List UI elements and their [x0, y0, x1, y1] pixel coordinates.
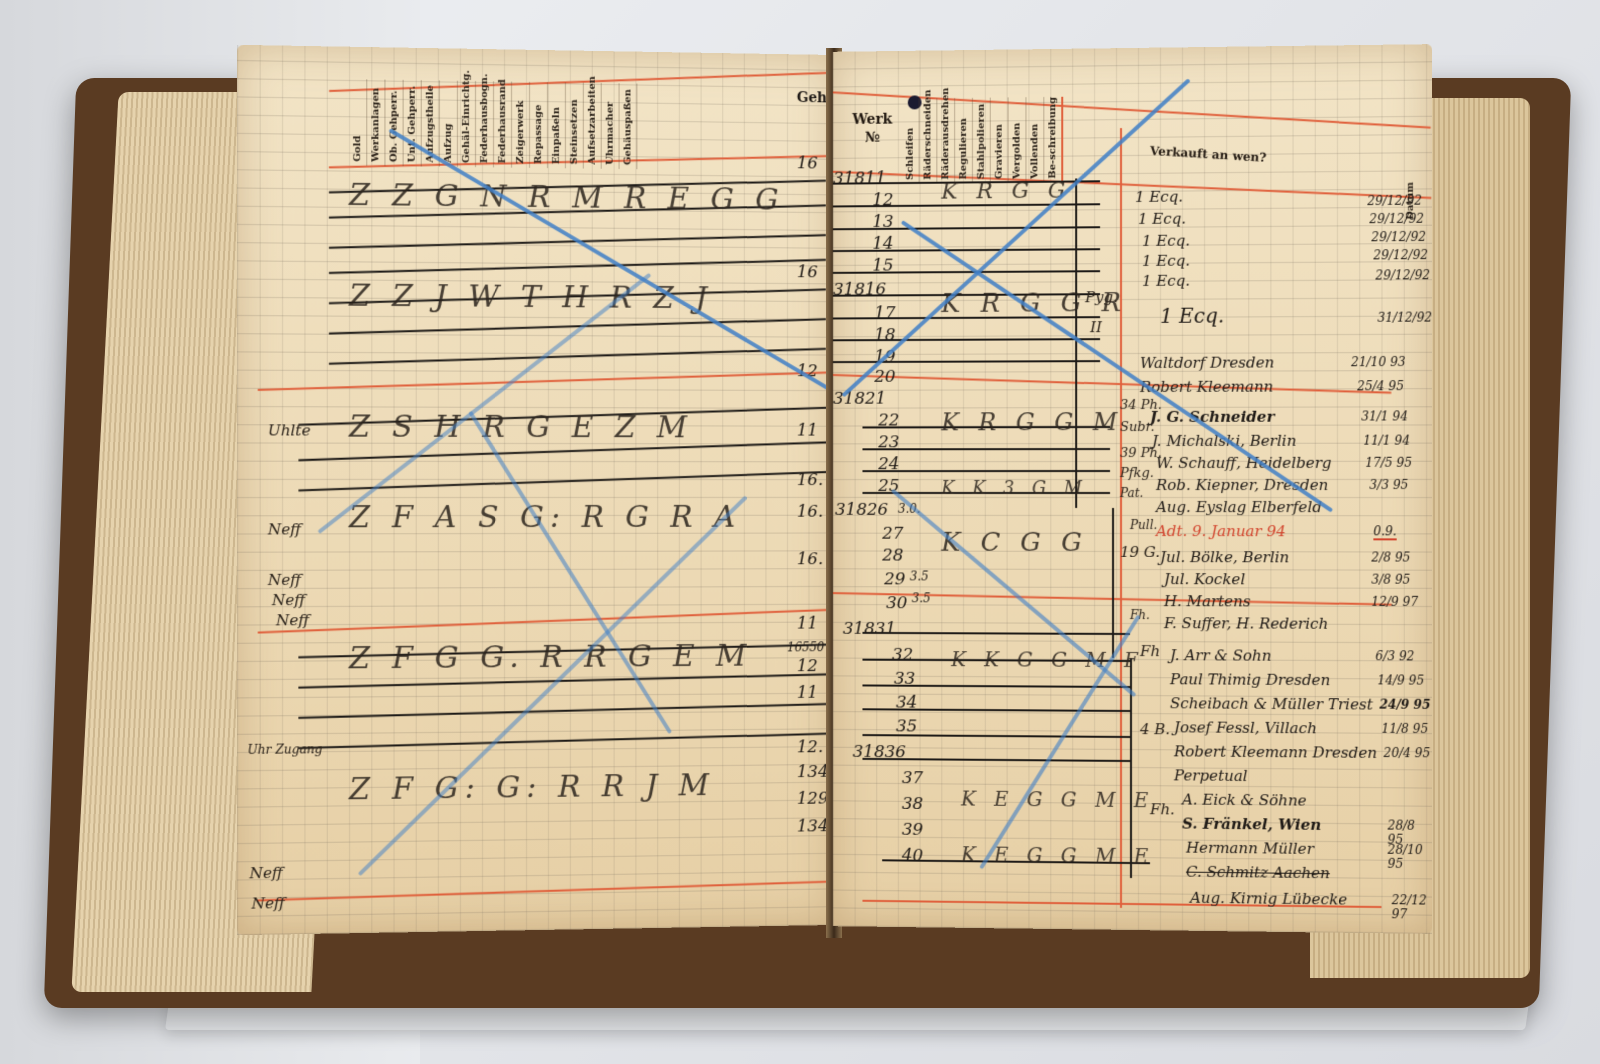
column-header: Gravieren	[991, 97, 1009, 183]
row-value: 129	[797, 789, 829, 809]
date-entry: 0.9.	[1373, 524, 1396, 540]
buyer-entry: Waltdorf Dresden	[1140, 353, 1274, 372]
werk-number: 27	[882, 524, 903, 544]
row-value: 11	[797, 683, 818, 703]
date-entry: 11/1 94	[1363, 434, 1410, 448]
column-header: Be-schreibung	[1044, 97, 1063, 183]
side-code: Pat.	[1120, 486, 1143, 500]
buyer-entry: 1 Ecq.	[1142, 272, 1190, 290]
buyer-entry: Perpetual	[1174, 766, 1248, 785]
handwritten-initials: Z F G G. R R G E M	[349, 639, 752, 677]
buyer-entry: C. Schmitz Aachen	[1186, 863, 1330, 883]
column-header: Vollenden	[1026, 97, 1044, 183]
side-code: II	[1090, 318, 1102, 336]
date-entry: 6/3 92	[1375, 649, 1414, 663]
date-entry: 29/12/92	[1373, 248, 1428, 262]
buyer-entry: W. Schauff, Heidelberg	[1156, 454, 1332, 472]
date-entry: 11/8 95	[1381, 722, 1428, 736]
column-header: Stahlpolieren	[973, 98, 991, 184]
buyer-entry: A. Eick & Söhne	[1182, 790, 1307, 809]
date-entry: 14/9 95	[1377, 673, 1424, 687]
column-header: Einpaßeln	[548, 82, 566, 168]
buyer-entry: Josef Fessl, Villach	[1174, 718, 1317, 737]
row-value: 16.	[797, 470, 823, 490]
buyer-entry: 1 Ecq.	[1160, 303, 1224, 327]
row-value: 134	[797, 762, 829, 782]
buyer-entry: Scheibach & Müller Triest	[1170, 694, 1373, 713]
row-value: 16	[797, 153, 818, 173]
right-column-headers: Schleifen Räderschneiden Räderausdrehen …	[902, 97, 1063, 184]
row-value: 11	[797, 421, 818, 441]
buyer-entry: Hermann Müller	[1186, 839, 1314, 858]
buyer-entry: 1 Ecq.	[1142, 232, 1190, 250]
column-header: Zeigerwerk	[512, 82, 530, 168]
werk-number: 40	[902, 846, 923, 866]
fraction-note: 3.5	[910, 569, 929, 583]
werk-number: 29	[884, 569, 905, 589]
buyer-entry: F. Suffer, H. Rederich	[1164, 614, 1328, 633]
side-code: Fh	[1140, 642, 1160, 660]
column-header: Ob. Gehperr.	[385, 80, 403, 167]
werk-number: 32	[892, 645, 913, 665]
ledger-left-page: Gold Werkanlagen Ob. Gehperr. Unt. Gehpe…	[237, 45, 836, 935]
column-header: Federhausrand	[494, 81, 512, 167]
side-code: Pyg.	[1085, 288, 1118, 306]
column-header: Federhausbogn.	[476, 81, 494, 167]
handwritten-initials: Z Z J W T H R Z J	[349, 278, 713, 316]
date-entry: 29/12/92	[1369, 212, 1424, 227]
date-entry: 3/8 95	[1371, 573, 1410, 587]
buyer-entry: 1 Ecq.	[1142, 252, 1190, 270]
date-entry: 20/4 95	[1384, 746, 1431, 760]
buyer-entry: J. Arr & Sohn	[1170, 646, 1271, 665]
small-note: 16550	[787, 640, 824, 654]
column-header: Werkanlagen	[367, 79, 385, 166]
column-header: Aufsetzarbeiten	[584, 83, 602, 169]
margin-note: Neff	[272, 591, 305, 609]
side-code: Pfkg.	[1120, 466, 1154, 481]
buyer-entry: Jul. Bölke, Berlin	[1160, 548, 1289, 566]
buyer-entry: Aug. Eyslag Elberfeld	[1156, 498, 1322, 516]
strike-line	[862, 448, 1110, 450]
ledger-right-page: Werk № Schleifen Räderschneiden Räderaus…	[833, 44, 1432, 934]
bracket-line	[1112, 508, 1114, 658]
date-entry: 31/12/92	[1377, 310, 1432, 324]
handwritten-initials: Z F G: G: R R J M	[349, 768, 715, 807]
buyer-entry: J. G. Schneider	[1150, 408, 1274, 426]
date-entry: 29/12/92	[1371, 230, 1426, 245]
date-entry: 21/10 93	[1351, 355, 1405, 369]
buyer-entry: Aug. Kirnig Lübecke	[1190, 889, 1347, 909]
side-code: Fh.	[1150, 800, 1175, 818]
werk-number: 20	[874, 367, 895, 387]
buyer-entry: Paul Thimig Dresden	[1170, 670, 1330, 689]
column-header: Räderschneiden	[920, 98, 938, 184]
column-header: Repassage	[530, 82, 548, 168]
werk-header: Werk №	[843, 111, 902, 147]
handwritten-initials: K K 3 G M	[941, 478, 1088, 499]
werk-number: 30	[886, 593, 907, 613]
date-entry: 12/9 97	[1371, 595, 1418, 609]
werk-number: 37	[902, 768, 923, 788]
werk-number: 31826	[835, 500, 888, 520]
strike-line	[862, 470, 1110, 472]
date-entry: 2/8 95	[1371, 550, 1410, 564]
werk-number: 17	[874, 303, 895, 323]
margin-note: Neff	[268, 520, 301, 538]
date-entry: 17/5 95	[1365, 456, 1412, 470]
buyer-entry: Robert Kleemann Dresden	[1174, 742, 1377, 762]
buyer-entry: 1 Ecq.	[1135, 188, 1183, 206]
column-header: Uhrmacher	[602, 83, 620, 169]
date-entry: 31/1 94	[1361, 409, 1408, 423]
werk-number: 38	[902, 794, 923, 814]
date-entry: 3/3 95	[1369, 478, 1408, 492]
handwritten-initials: K R G G M	[941, 408, 1123, 436]
date-entry: 28/10 95	[1388, 843, 1433, 872]
column-header: Schleifen	[902, 98, 920, 184]
buyer-entry: H. Martens	[1164, 592, 1251, 610]
row-value: 16.	[797, 549, 823, 569]
row-value: 16	[797, 262, 818, 282]
column-header: Regulieren	[955, 98, 973, 184]
red-annotation: Adt. 9. Januar 94	[1156, 522, 1286, 540]
margin-note: Uhr Zugang	[247, 742, 322, 757]
werk-number: 18	[874, 325, 895, 345]
margin-note: Neff	[276, 611, 309, 629]
margin-note: Neff	[251, 894, 284, 913]
buyer-entry: Jul. Kockel	[1164, 570, 1245, 588]
column-header-partial: Geh	[797, 90, 827, 106]
werk-number: 31831	[843, 619, 896, 639]
left-column-headers: Gold Werkanlagen Ob. Gehperr. Unt. Gehpe…	[349, 79, 637, 169]
column-header: Aufzug	[440, 80, 458, 167]
werk-number: 31811	[833, 168, 886, 188]
buyer-entry: 1 Ecq.	[1138, 210, 1186, 228]
margin-note: Neff	[268, 571, 301, 589]
werk-number: 28	[882, 546, 903, 566]
bracket-line	[1075, 178, 1077, 507]
side-code: 19 G.	[1120, 543, 1160, 561]
margin-note: Uhlte	[268, 421, 311, 439]
column-header: Unt. Gehperr.	[404, 80, 422, 167]
buyer-entry: S. Fränkel, Wien	[1182, 814, 1321, 833]
row-value: 12	[797, 656, 818, 676]
handwritten-initials: Z S H R G E Z M	[349, 409, 693, 445]
handwritten-initials: Z Z G N R M R E G G	[349, 178, 784, 218]
date-entry: 22/12 97	[1392, 893, 1433, 922]
date-entry: 29/12/92	[1367, 194, 1422, 209]
column-header: Steinsetzen	[566, 82, 584, 168]
date-entry: 25/4 95	[1357, 379, 1404, 393]
row-value: 11	[797, 614, 818, 634]
date-entry: 29/12/92	[1375, 268, 1430, 282]
side-code: 4 B.	[1140, 720, 1170, 738]
date-entry: 24/9 95	[1379, 698, 1430, 712]
fraction-note: 3.5	[912, 591, 931, 605]
werk-number: 39	[902, 820, 923, 840]
handwritten-initials: K E G G M E	[961, 787, 1154, 813]
margin-note: Neff	[249, 864, 282, 883]
side-code: Pull.	[1130, 518, 1157, 532]
werk-number: 31821	[833, 389, 886, 409]
column-header: Gehäl-Einrichtg.	[458, 81, 476, 168]
column-header: Räderausdrehen	[937, 98, 955, 184]
column-header: Vergolden	[1009, 97, 1027, 183]
row-value: 12.	[797, 737, 823, 757]
column-header: Gehäuspaßen	[620, 83, 638, 169]
row-value: 16.	[797, 502, 823, 522]
column-header: Gold	[349, 79, 367, 166]
